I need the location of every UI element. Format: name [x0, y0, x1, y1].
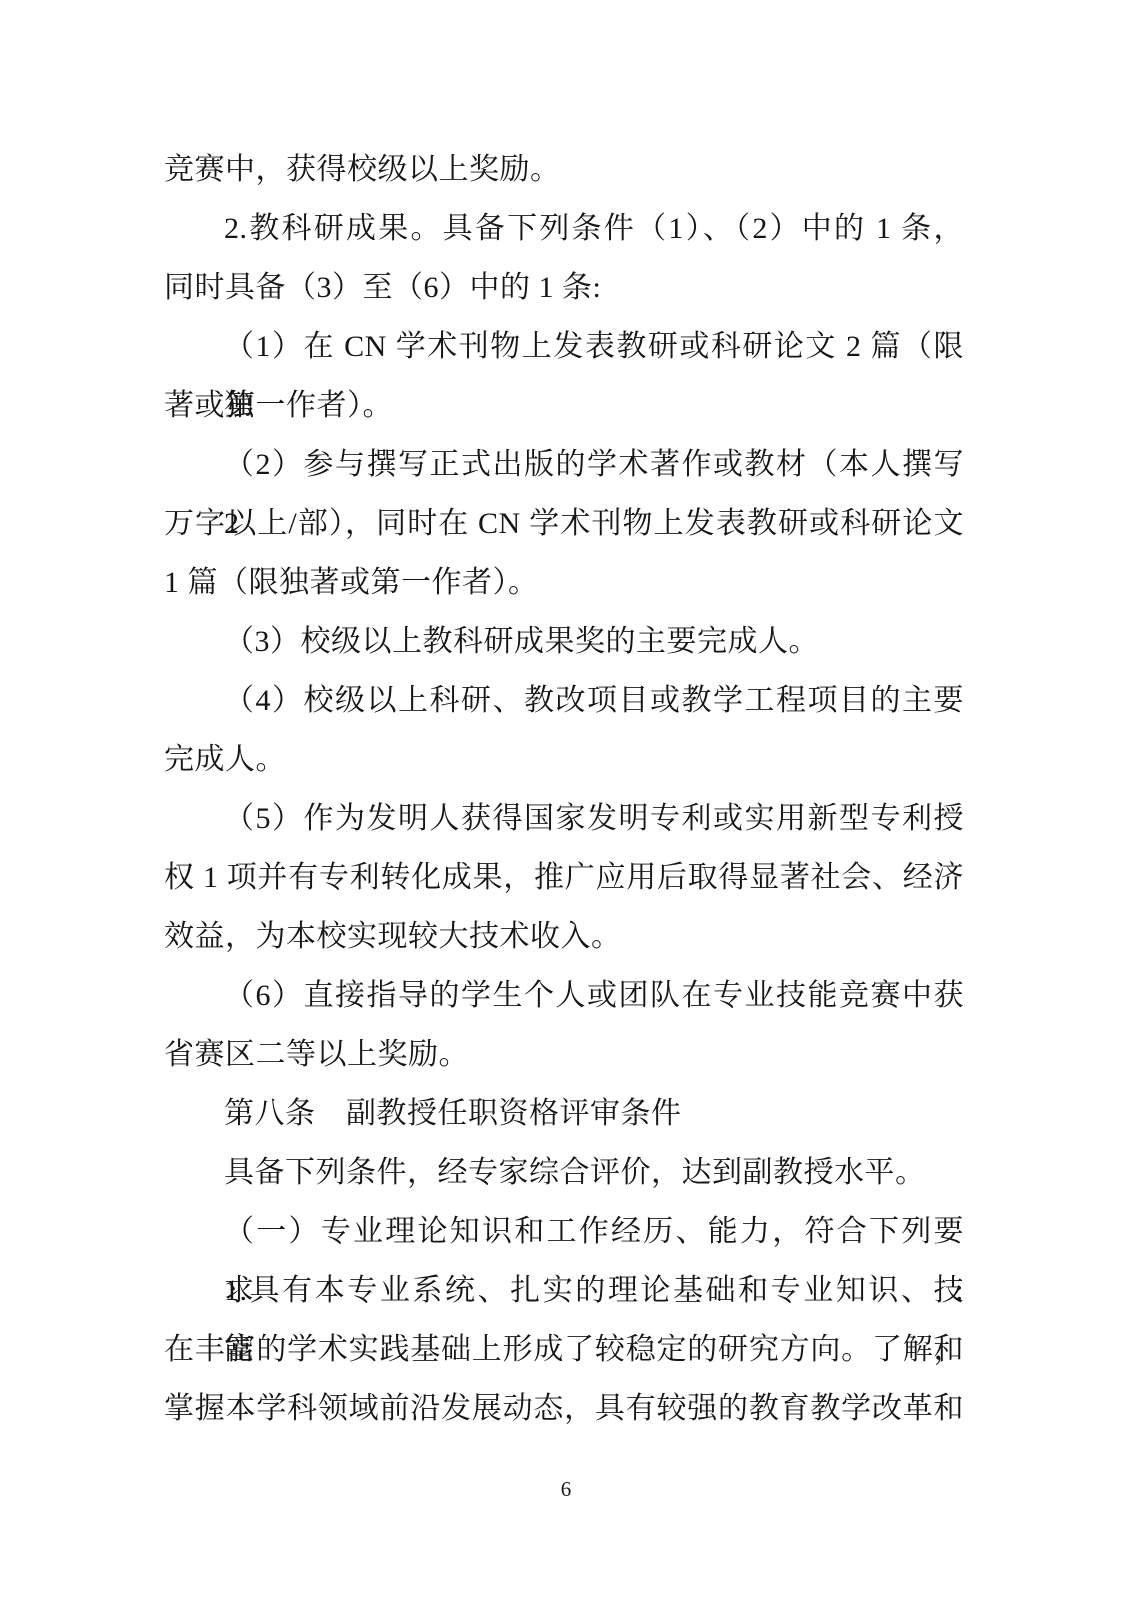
document-page: 竞赛中，获得校级以上奖励。 2.教科研成果。具备下列条件（1）、（2）中的 1 …: [0, 0, 1132, 1600]
text-line: （5）作为发明人获得国家发明专利或实用新型专利授: [164, 789, 964, 848]
text-line: （2）参与撰写正式出版的学术著作或教材（本人撰写 2: [164, 435, 964, 494]
page-number: 6: [0, 1477, 1132, 1502]
text-line: 1.具有本专业系统、扎实的理论基础和专业知识、技能，: [164, 1261, 964, 1320]
text-line: 1 篇（限独著或第一作者）。: [164, 553, 964, 612]
text-line: （3）校级以上教科研成果奖的主要完成人。: [164, 612, 964, 671]
text-line: （6）直接指导的学生个人或团队在专业技能竞赛中获: [164, 966, 964, 1025]
text-line: 效益，为本校实现较大技术收入。: [164, 907, 964, 966]
text-line: 在丰富的学术实践基础上形成了较稳定的研究方向。了解和: [164, 1320, 964, 1379]
text-line: （一）专业理论知识和工作经历、能力，符合下列要求:: [164, 1202, 964, 1261]
text-line: （4）校级以上科研、教改项目或教学工程项目的主要: [164, 671, 964, 730]
text-line: 具备下列条件，经专家综合评价，达到副教授水平。: [164, 1143, 964, 1202]
article-heading-line: 第八条 副教授任职资格评审条件: [164, 1084, 964, 1143]
text-line: 同时具备（3）至（6）中的 1 条:: [164, 258, 964, 317]
text-line: 万字以上/部），同时在 CN 学术刊物上发表教研或科研论文: [164, 494, 964, 553]
text-line: 2.教科研成果。具备下列条件（1）、（2）中的 1 条，: [164, 199, 964, 258]
text-line: 完成人。: [164, 730, 964, 789]
text-line: 省赛区二等以上奖励。: [164, 1025, 964, 1084]
text-line: 权 1 项并有专利转化成果，推广应用后取得显著社会、经济: [164, 848, 964, 907]
text-line: 著或第一作者）。: [164, 376, 964, 435]
text-line: 掌握本学科领域前沿发展动态，具有较强的教育教学改革和: [164, 1379, 964, 1438]
text-line: 竞赛中，获得校级以上奖励。: [164, 140, 964, 199]
text-line: （1）在 CN 学术刊物上发表教研或科研论文 2 篇（限独: [164, 317, 964, 376]
document-text-block: 竞赛中，获得校级以上奖励。 2.教科研成果。具备下列条件（1）、（2）中的 1 …: [164, 140, 964, 1438]
